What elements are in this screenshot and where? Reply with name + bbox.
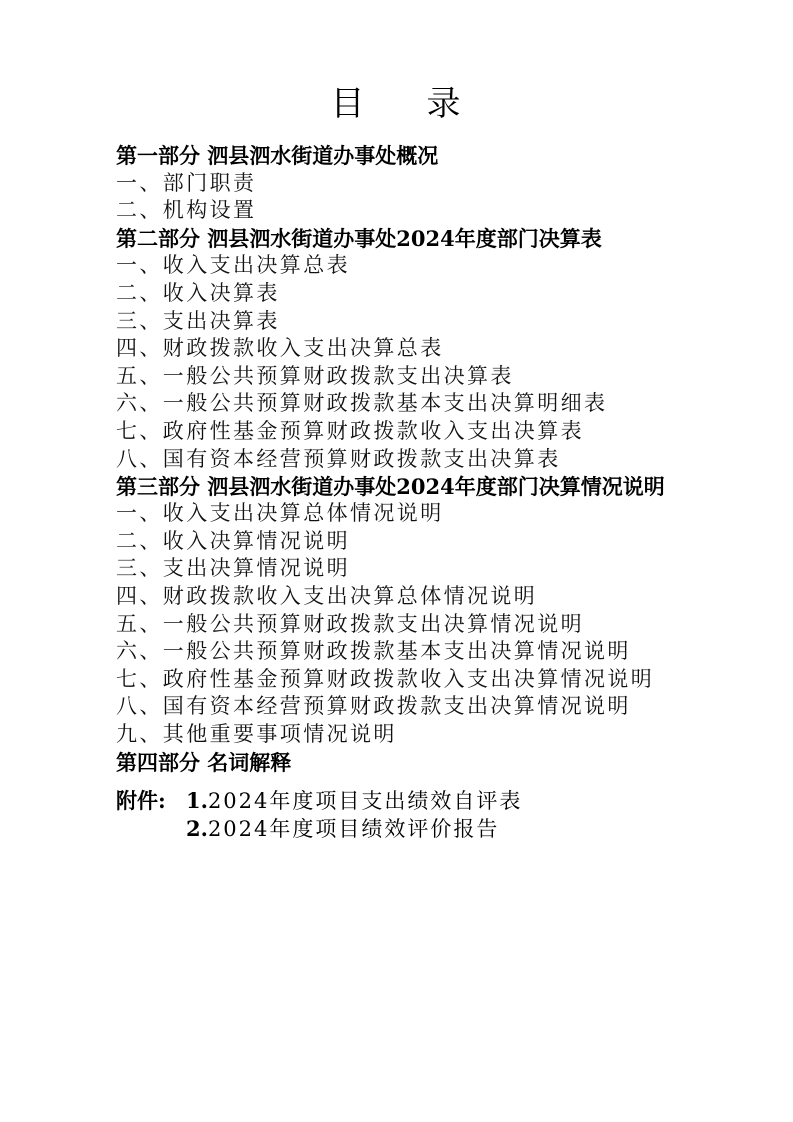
attachment-row[interactable]: 2. 2024年度项目绩效评价报告 [116,815,696,843]
title-char-1: 目 [331,84,367,124]
toc-part-4-heading[interactable]: 第四部分 名词解释 [116,749,696,777]
toc-item[interactable]: 二、收入决算表 [116,280,696,308]
attachments-label-spacer [116,815,186,843]
attachments-section: 附件: 1. 2024年度项目支出绩效自评表 2. 2024年度项目绩效评价报告 [116,787,696,843]
toc-item[interactable]: 四、财政拨款收入支出决算总表 [116,335,696,363]
toc-item[interactable]: 七、政府性基金预算财政拨款收入支出决算表 [116,418,696,446]
attachments-label: 附件: [116,787,186,815]
attachment-number: 1. [186,787,208,815]
toc-item[interactable]: 七、政府性基金预算财政拨款收入支出决算情况说明 [116,666,696,694]
toc-item[interactable]: 九、其他重要事项情况说明 [116,721,696,749]
toc-item[interactable]: 六、一般公共预算财政拨款基本支出决算情况说明 [116,638,696,666]
toc-item[interactable]: 一、收入支出决算总体情况说明 [116,500,696,528]
toc-item[interactable]: 八、国有资本经营预算财政拨款支出决算表 [116,446,696,474]
toc-part-2-heading[interactable]: 第二部分 泗县泗水街道办事处2024年度部门决算表 [116,225,696,253]
toc-item[interactable]: 六、一般公共预算财政拨款基本支出决算明细表 [116,390,696,418]
toc-part-1-heading[interactable]: 第一部分 泗县泗水街道办事处概况 [116,142,696,170]
toc-item[interactable]: 一、收入支出决算总表 [116,252,696,280]
toc-item[interactable]: 五、一般公共预算财政拨款支出决算表 [116,363,696,391]
toc-item[interactable]: 四、财政拨款收入支出决算总体情况说明 [116,583,696,611]
table-of-contents: 第一部分 泗县泗水街道办事处概况 一、部门职责 二、机构设置 第二部分 泗县泗水… [116,142,696,843]
attachment-title: 2024年度项目支出绩效自评表 [208,787,522,815]
toc-item[interactable]: 二、机构设置 [116,197,696,225]
page-title: 目录 [0,84,793,124]
toc-item[interactable]: 一、部门职责 [116,170,696,198]
toc-item[interactable]: 五、一般公共预算财政拨款支出决算情况说明 [116,611,696,639]
toc-item[interactable]: 三、支出决算情况说明 [116,555,696,583]
toc-part-3-heading[interactable]: 第三部分 泗县泗水街道办事处2024年度部门决算情况说明 [116,473,691,500]
attachment-row[interactable]: 附件: 1. 2024年度项目支出绩效自评表 [116,787,696,815]
toc-item[interactable]: 三、支出决算表 [116,308,696,336]
title-char-2: 录 [427,84,463,124]
toc-item[interactable]: 二、收入决算情况说明 [116,528,696,556]
toc-item[interactable]: 八、国有资本经营预算财政拨款支出决算情况说明 [116,693,696,721]
attachment-number: 2. [186,815,208,843]
document-page: 目录 第一部分 泗县泗水街道办事处概况 一、部门职责 二、机构设置 第二部分 泗… [0,0,793,1122]
attachment-title: 2024年度项目绩效评价报告 [208,815,499,843]
